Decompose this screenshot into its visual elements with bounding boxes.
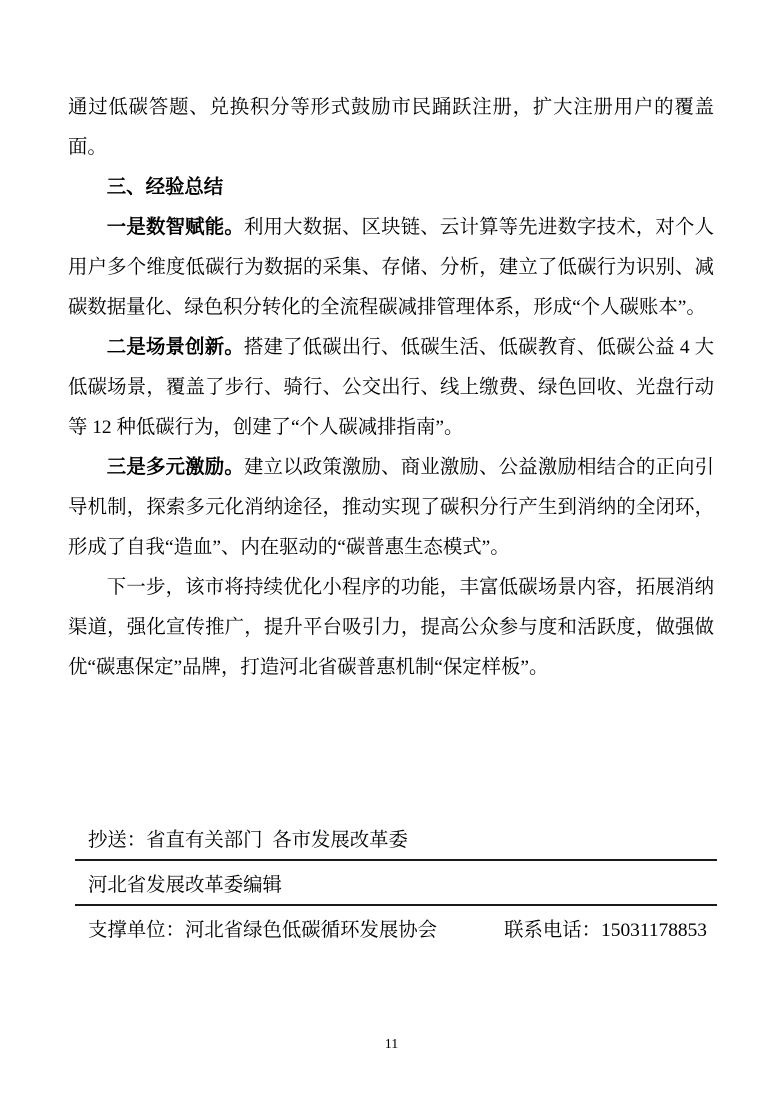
paragraph-2-lead: 二是场景创新。 [107, 337, 244, 358]
editor-row: 河北省发展改革委编辑 [75, 861, 717, 906]
cc-row: 抄送：省直有关部门 各市发展改革委 [75, 816, 717, 861]
paragraph-1: 一是数智赋能。利用大数据、区块链、云计算等先进数字技术，对个人用户多个维度低碳行… [68, 208, 714, 328]
paragraph-2: 二是场景创新。搭建了低碳出行、低碳生活、低碳教育、低碳公益 4 大低碳场景，覆盖… [68, 328, 714, 448]
support-row: 支撑单位：河北省绿色低碳循环发展协会 联系电话：15031178853 [75, 906, 717, 949]
paragraph-1-lead: 一是数智赋能。 [107, 217, 244, 238]
editor-line-text: 河北省发展改革委编辑 [88, 869, 282, 897]
paragraph-3-lead: 三是多元激励。 [107, 457, 244, 478]
cc-line-text: 抄送：省直有关部门 各市发展改革委 [88, 824, 408, 852]
page-number: 11 [0, 1036, 783, 1054]
section-heading-text: 三、经验总结 [107, 177, 223, 198]
paragraph-3: 三是多元激励。建立以政策激励、商业激励、公益激励相结合的正向引导机制，探索多元化… [68, 448, 714, 568]
document-footer: 抄送：省直有关部门 各市发展改革委 河北省发展改革委编辑 支撑单位：河北省绿色低… [75, 816, 717, 949]
paragraph-4-text: 下一步，该市将持续优化小程序的功能，丰富低碳场景内容，拓展消纳渠道，强化宣传推广… [68, 577, 714, 678]
contact-phone-text: 联系电话：15031178853 [504, 914, 707, 942]
section-heading: 三、经验总结 [68, 168, 714, 208]
document-body: 通过低碳答题、兑换积分等形式鼓励市民踊跃注册，扩大注册用户的覆盖面。 三、经验总… [68, 88, 714, 688]
intro-paragraph: 通过低碳答题、兑换积分等形式鼓励市民踊跃注册，扩大注册用户的覆盖面。 [68, 88, 714, 168]
intro-paragraph-text: 通过低碳答题、兑换积分等形式鼓励市民踊跃注册，扩大注册用户的覆盖面。 [68, 97, 714, 158]
support-unit-text: 支撑单位：河北省绿色低碳循环发展协会 [88, 914, 437, 942]
document-page: 通过低碳答题、兑换积分等形式鼓励市民踊跃注册，扩大注册用户的覆盖面。 三、经验总… [0, 0, 783, 1115]
paragraph-4: 下一步，该市将持续优化小程序的功能，丰富低碳场景内容，拓展消纳渠道，强化宣传推广… [68, 568, 714, 688]
